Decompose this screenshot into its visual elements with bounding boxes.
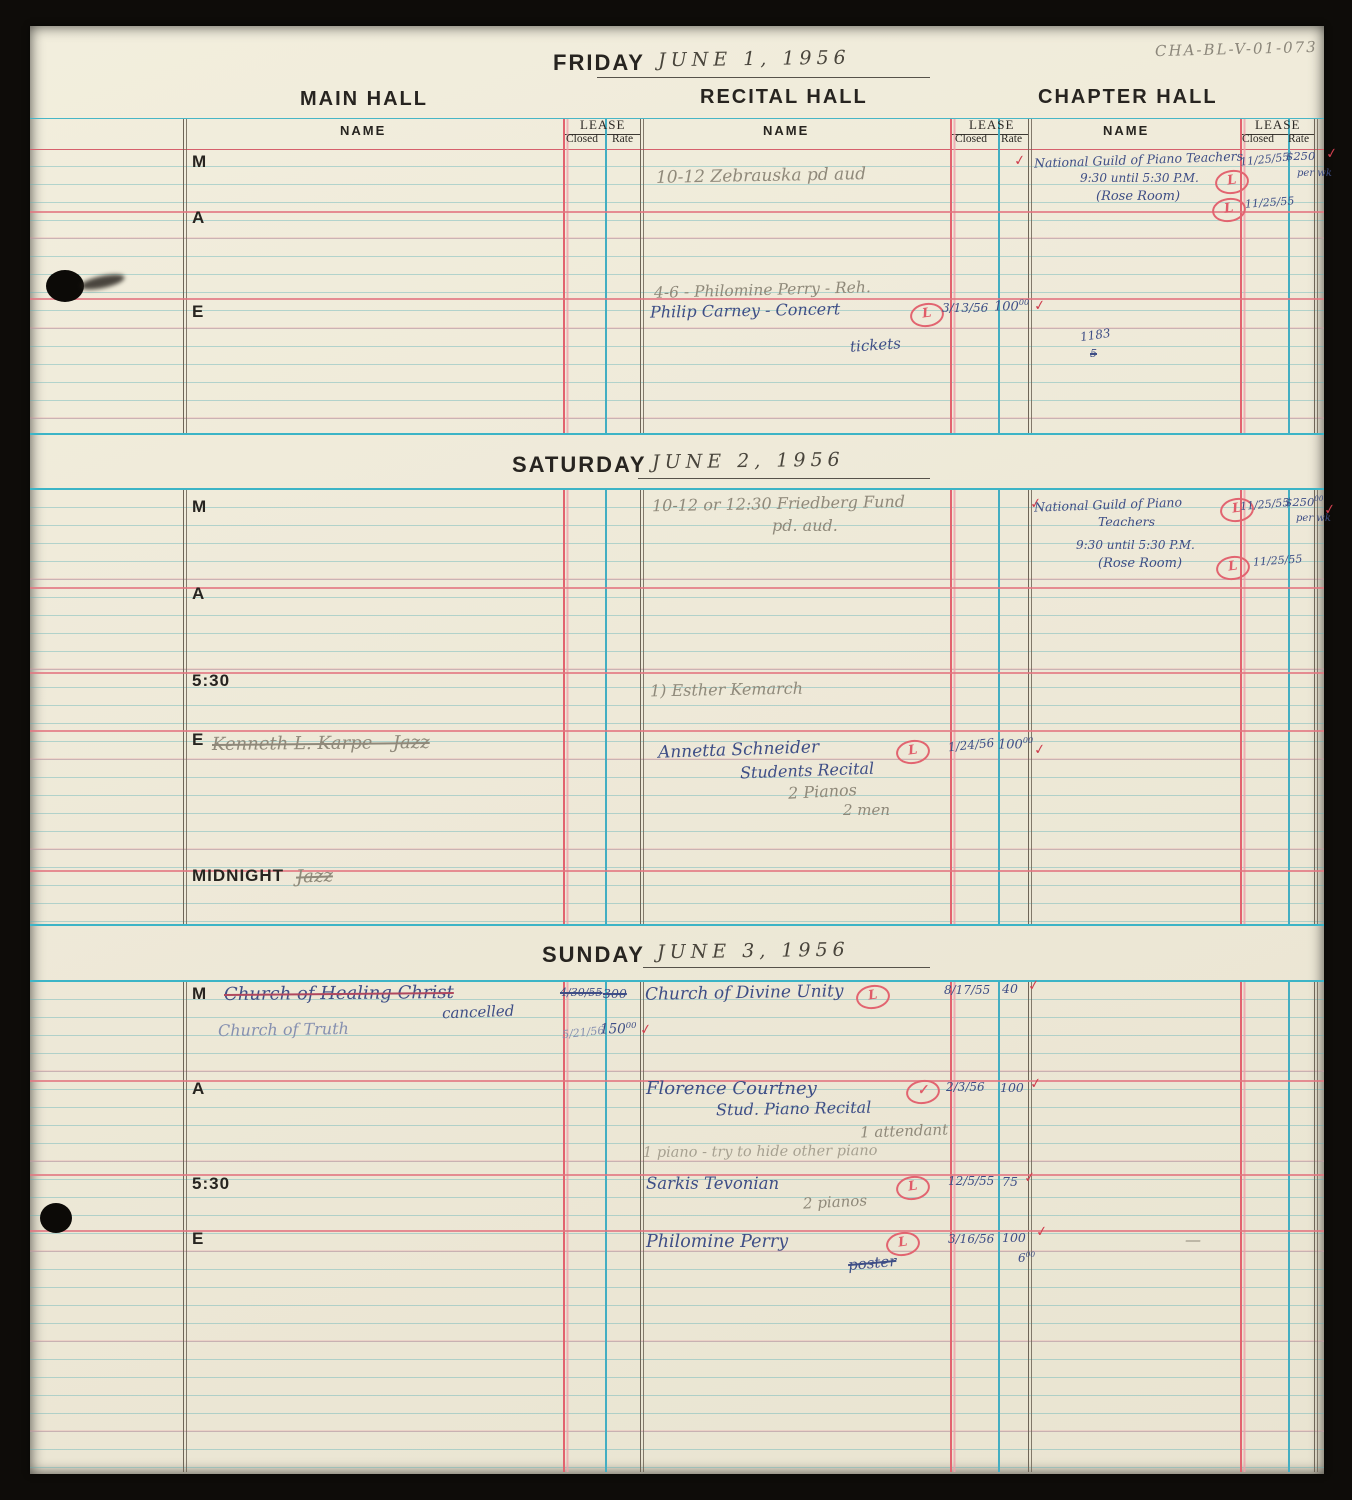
rate-cents: 00 bbox=[1026, 1250, 1035, 1259]
rate-value: $250 bbox=[1285, 495, 1314, 509]
punch-hole bbox=[46, 270, 84, 302]
col-rate-chapter: Rate bbox=[1288, 133, 1309, 145]
hall-title-chapter: CHAPTER HALL bbox=[1038, 86, 1218, 109]
saturday-chapter-morning-room: (Rose Room) bbox=[1098, 556, 1182, 571]
rate-cents: 00 bbox=[1023, 736, 1033, 745]
col-rate-main: Rate bbox=[612, 133, 633, 145]
check-icon: ✓ bbox=[1325, 145, 1339, 162]
v-rule bbox=[605, 982, 607, 1472]
v-rule bbox=[1028, 490, 1029, 924]
v-rule bbox=[605, 490, 607, 924]
hall-title-recital: RECITAL HALL bbox=[700, 86, 868, 109]
friday-chapter-morning-time: 9:30 until 5:30 P.M. bbox=[1080, 171, 1199, 185]
sunday-recital-morning-rate: 40 bbox=[1002, 981, 1018, 996]
col-name-chapter: NAME bbox=[1103, 123, 1149, 138]
v-rule bbox=[1288, 982, 1290, 1472]
sunday-recital-afternoon-rate: 100 bbox=[1000, 1080, 1024, 1095]
v-rule bbox=[563, 490, 565, 924]
col-name-main: NAME bbox=[340, 123, 386, 138]
col-closed-main: Closed bbox=[566, 133, 598, 145]
col-rate-recital: Rate bbox=[1001, 133, 1022, 145]
day-label-saturday: SATURDAY bbox=[512, 452, 647, 478]
friday-recital-closed-date: 3/13/56 bbox=[942, 301, 988, 315]
friday-chapter-rate: $250 bbox=[1286, 149, 1315, 163]
date-underline bbox=[597, 77, 930, 78]
friday-row-e: E bbox=[192, 302, 204, 322]
rate-cents: 00 bbox=[626, 1020, 637, 1030]
rate-value: 100 bbox=[998, 737, 1023, 752]
h-rule bbox=[30, 730, 1324, 732]
v-rule bbox=[563, 119, 565, 433]
sunday-row-m: M bbox=[192, 984, 207, 1004]
day-label-friday: FRIDAY bbox=[553, 50, 645, 76]
check-icon: ✓ bbox=[1013, 152, 1027, 169]
v-rule bbox=[1240, 490, 1242, 924]
v-rule bbox=[640, 490, 641, 924]
v-rule bbox=[950, 490, 952, 924]
friday-recital-morning-entry: 10-12 Zebrauska pd aud bbox=[656, 164, 866, 188]
v-rule bbox=[1028, 982, 1029, 1472]
v-rule bbox=[1028, 119, 1029, 433]
h-rule bbox=[30, 587, 1324, 589]
v-rule bbox=[998, 119, 1000, 433]
saturday-chapter-morning-entry2: Teachers bbox=[1098, 514, 1155, 529]
v-rule bbox=[1314, 490, 1315, 924]
v-rule bbox=[1240, 982, 1242, 1472]
v-rule bbox=[183, 490, 184, 924]
sunday-recital-morning-closed: 8/17/55 bbox=[944, 983, 990, 997]
date-underline bbox=[638, 478, 930, 479]
v-rule bbox=[1314, 982, 1315, 1472]
sunday-recital-morning-entry: Church of Divine Unity bbox=[645, 981, 844, 1004]
day-label-sunday: SUNDAY bbox=[542, 942, 645, 968]
sunday-recital-530-rate: 75 bbox=[1002, 1174, 1018, 1189]
ledger-scan: CHA-BL-V-01-073 FRIDAY JUNE 1, 1956 MAIN… bbox=[0, 0, 1352, 1500]
sunday-recital-evening-closed: 3/16/56 bbox=[948, 1232, 994, 1246]
col-lease-recital: LEASE bbox=[969, 117, 1014, 133]
check-icon: ✓ bbox=[639, 1021, 653, 1038]
sunday-cancelled-note: cancelled bbox=[442, 1002, 515, 1023]
sunday-recital-evening-rate: 100 bbox=[1002, 1230, 1026, 1245]
v-rule bbox=[998, 490, 1000, 924]
hall-title-main: MAIN HALL bbox=[300, 88, 428, 111]
saturday-midnight-entry: Jazz bbox=[296, 865, 334, 887]
sunday-table bbox=[30, 980, 1324, 1472]
saturday-row-a: A bbox=[192, 584, 205, 604]
friday-row-a: A bbox=[192, 208, 205, 228]
sunday-row-e: E bbox=[192, 1229, 204, 1249]
friday-chapter-rate-unit: per wk bbox=[1297, 168, 1332, 179]
check-icon: ✓ bbox=[1323, 501, 1337, 518]
rate-cents: 00 bbox=[1019, 298, 1029, 307]
sunday-recital-afternoon-entry2: Stud. Piano Recital bbox=[716, 1098, 872, 1120]
v-rule bbox=[1288, 119, 1290, 433]
sunday-main-cancelled-rate: 300 bbox=[603, 986, 627, 1001]
sunday-recital-afternoon-note: 1 attendant bbox=[860, 1120, 949, 1141]
sunday-recital-afternoon-entry: Florence Courtney bbox=[646, 1078, 817, 1099]
col-closed-recital: Closed bbox=[955, 133, 987, 145]
friday-tickets-note: tickets bbox=[849, 334, 901, 356]
saturday-table bbox=[30, 488, 1324, 926]
sunday-main-morning-entry: Church of Truth bbox=[218, 1019, 349, 1040]
saturday-chapter-rate: $25000 bbox=[1285, 494, 1323, 509]
friday-amount-note2: 5 bbox=[1090, 347, 1097, 360]
col-name-recital: NAME bbox=[763, 123, 809, 138]
sunday-recital-530-entry: Sarkis Tevonian bbox=[646, 1174, 779, 1193]
punch-hole bbox=[40, 1203, 72, 1233]
sunday-main-morning-cancelled: Church of Healing Christ bbox=[224, 982, 454, 1005]
saturday-recital-530-entry: 1) Esther Kemarch bbox=[650, 679, 803, 701]
day-date-saturday: JUNE 2, 1956 bbox=[652, 449, 845, 474]
v-rule bbox=[998, 982, 1000, 1472]
col-closed-chapter: Closed bbox=[1242, 133, 1274, 145]
saturday-main-evening-entry: Kenneth L. Karpe – Jazz bbox=[212, 732, 430, 755]
v-rule bbox=[950, 982, 952, 1472]
rate-cents: 00 bbox=[1314, 494, 1323, 503]
saturday-chapter-morning-time: 9:30 until 5:30 P.M. bbox=[1076, 538, 1195, 552]
saturday-recital-rate: 10000 bbox=[998, 736, 1033, 752]
v-rule bbox=[640, 119, 641, 433]
rate-value: 100 bbox=[994, 299, 1019, 314]
v-rule bbox=[640, 982, 641, 1472]
v-rule bbox=[183, 119, 184, 433]
saturday-recital-evening-note2: 2 men bbox=[843, 801, 890, 819]
sunday-recital-530-note: 2 pianos bbox=[803, 1191, 868, 1212]
friday-recital-evening-entry: Philip Carney - Concert bbox=[650, 299, 841, 321]
check-icon: ✓ bbox=[1029, 1075, 1043, 1092]
v-rule bbox=[183, 982, 184, 1472]
friday-chapter-morning-room: (Rose Room) bbox=[1096, 189, 1180, 204]
saturday-row-midnight: MIDNIGHT bbox=[192, 866, 284, 886]
sunday-row-530: 5:30 bbox=[192, 1174, 230, 1194]
rate-value: 150 bbox=[600, 1022, 626, 1038]
h-rule bbox=[30, 211, 1324, 213]
sunday-recital-evening-rate2: 600 bbox=[1018, 1250, 1035, 1265]
sunday-main-rate: 15000 bbox=[600, 1020, 636, 1038]
v-rule bbox=[1314, 119, 1315, 433]
day-date-friday: JUNE 1, 1956 bbox=[658, 47, 851, 72]
rate-value: 6 bbox=[1018, 1251, 1026, 1265]
check-icon: ✓ bbox=[1033, 297, 1047, 314]
sunday-main-cancelled-closed: 4/30/55 bbox=[560, 986, 602, 999]
v-rule bbox=[605, 119, 607, 433]
col-lease-chapter: LEASE bbox=[1255, 117, 1300, 133]
sunday-row-a: A bbox=[192, 1079, 205, 1099]
date-underline bbox=[643, 967, 930, 968]
v-rule bbox=[563, 982, 565, 1472]
friday-row-m: M bbox=[192, 152, 207, 172]
chapter-evening-dash: — bbox=[1185, 1230, 1201, 1249]
ruled-rows bbox=[30, 982, 1324, 1472]
sunday-recital-530-closed: 12/5/55 bbox=[948, 1174, 994, 1188]
v-rule bbox=[950, 119, 952, 433]
saturday-recital-morning-entry2: pd. aud. bbox=[772, 516, 838, 535]
saturday-row-m: M bbox=[192, 497, 207, 517]
saturday-row-e: E bbox=[192, 730, 204, 750]
col-lease-main: LEASE bbox=[580, 117, 625, 133]
sunday-recital-afternoon-closed: 2/3/56 bbox=[946, 1080, 985, 1094]
check-icon: ✓ bbox=[1023, 1169, 1037, 1186]
sunday-recital-evening-entry: Philomine Perry bbox=[646, 1232, 788, 1252]
check-icon: ✓ bbox=[1033, 741, 1047, 758]
saturday-row-530: 5:30 bbox=[192, 671, 230, 691]
day-date-sunday: JUNE 3, 1956 bbox=[657, 939, 850, 964]
sunday-recital-afternoon-note2: 1 piano - try to hide other piano bbox=[643, 1143, 878, 1161]
friday-recital-rate: 10000 bbox=[994, 298, 1029, 314]
check-icon: ✓ bbox=[1035, 1223, 1049, 1240]
saturday-recital-evening-note: 2 Pianos bbox=[788, 780, 858, 803]
check-icon: ✓ bbox=[1027, 977, 1041, 994]
